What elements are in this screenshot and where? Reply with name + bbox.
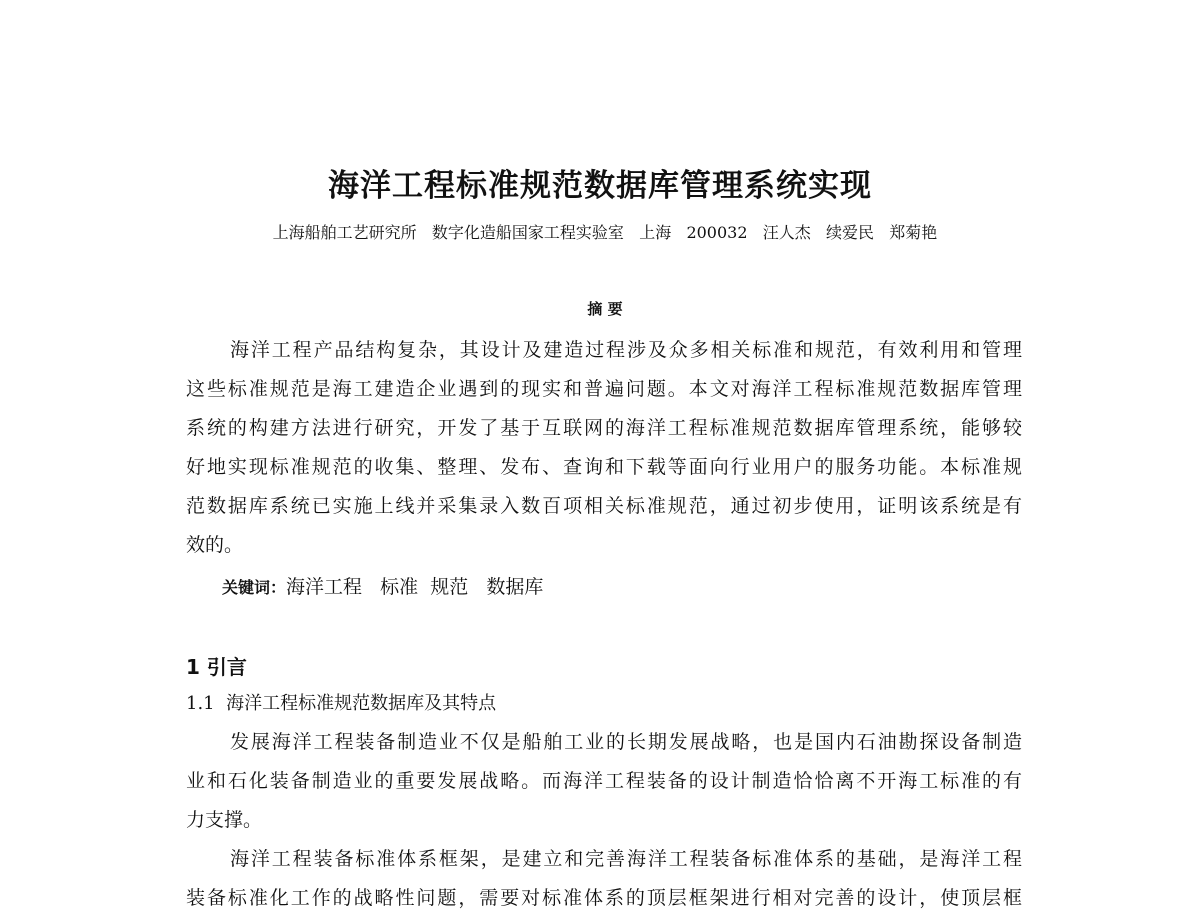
abstract-line: 海洋工程产品结构复杂，其设计及建造过程涉及众多相关标准和规范，有效利用和管理 bbox=[230, 338, 1022, 362]
section-heading: 1 引言 bbox=[186, 651, 247, 680]
keywords: 关键词：海洋工程 标准 规范 数据库 bbox=[222, 572, 543, 599]
body-line: 海洋工程装备标准体系框架，是建立和完善海洋工程装备标准体系的基础，是海洋工程 bbox=[230, 847, 1022, 871]
author-affiliation: 上海船舶工艺研究所 数字化造船国家工程实验室 上海 200032 汪人杰 续爱民… bbox=[0, 220, 1200, 243]
abstract-line: 范数据库系统已实施上线并采集录入数百项相关标准规范，通过初步使用，证明该系统是有 bbox=[186, 494, 1022, 518]
paper-title: 海洋工程标准规范数据库管理系统实现 bbox=[0, 160, 1200, 205]
document-page: 海洋工程标准规范数据库管理系统实现 上海船舶工艺研究所 数字化造船国家工程实验室… bbox=[0, 0, 1200, 920]
abstract-line: 这些标准规范是海工建造企业遇到的现实和普遍问题。本文对海洋工程标准规范数据库管理 bbox=[186, 377, 1022, 401]
subsection-heading: 1.1 海洋工程标准规范数据库及其特点 bbox=[186, 689, 496, 715]
abstract-line: 效的。 bbox=[186, 533, 1022, 557]
body-line: 发展海洋工程装备制造业不仅是船舶工业的长期发展战略，也是国内石油勘探设备制造 bbox=[230, 730, 1022, 754]
abstract-heading: 摘 要 bbox=[0, 298, 1200, 319]
keywords-label: 关键词： bbox=[222, 578, 286, 597]
body-line: 装备标准化工作的战略性问题，需要对标准体系的顶层框架进行相对完善的设计，使顶层框 bbox=[186, 886, 1022, 910]
keywords-values: 海洋工程 标准 规范 数据库 bbox=[286, 576, 543, 598]
body-line: 力支撑。 bbox=[186, 808, 1022, 832]
abstract-line: 系统的构建方法进行研究，开发了基于互联网的海洋工程标准规范数据库管理系统，能够较 bbox=[186, 416, 1022, 440]
abstract-line: 好地实现标准规范的收集、整理、发布、查询和下载等面向行业用户的服务功能。本标准规 bbox=[186, 455, 1022, 479]
body-line: 业和石化装备制造业的重要发展战略。而海洋工程装备的设计制造恰恰离不开海工标准的有 bbox=[186, 769, 1022, 793]
